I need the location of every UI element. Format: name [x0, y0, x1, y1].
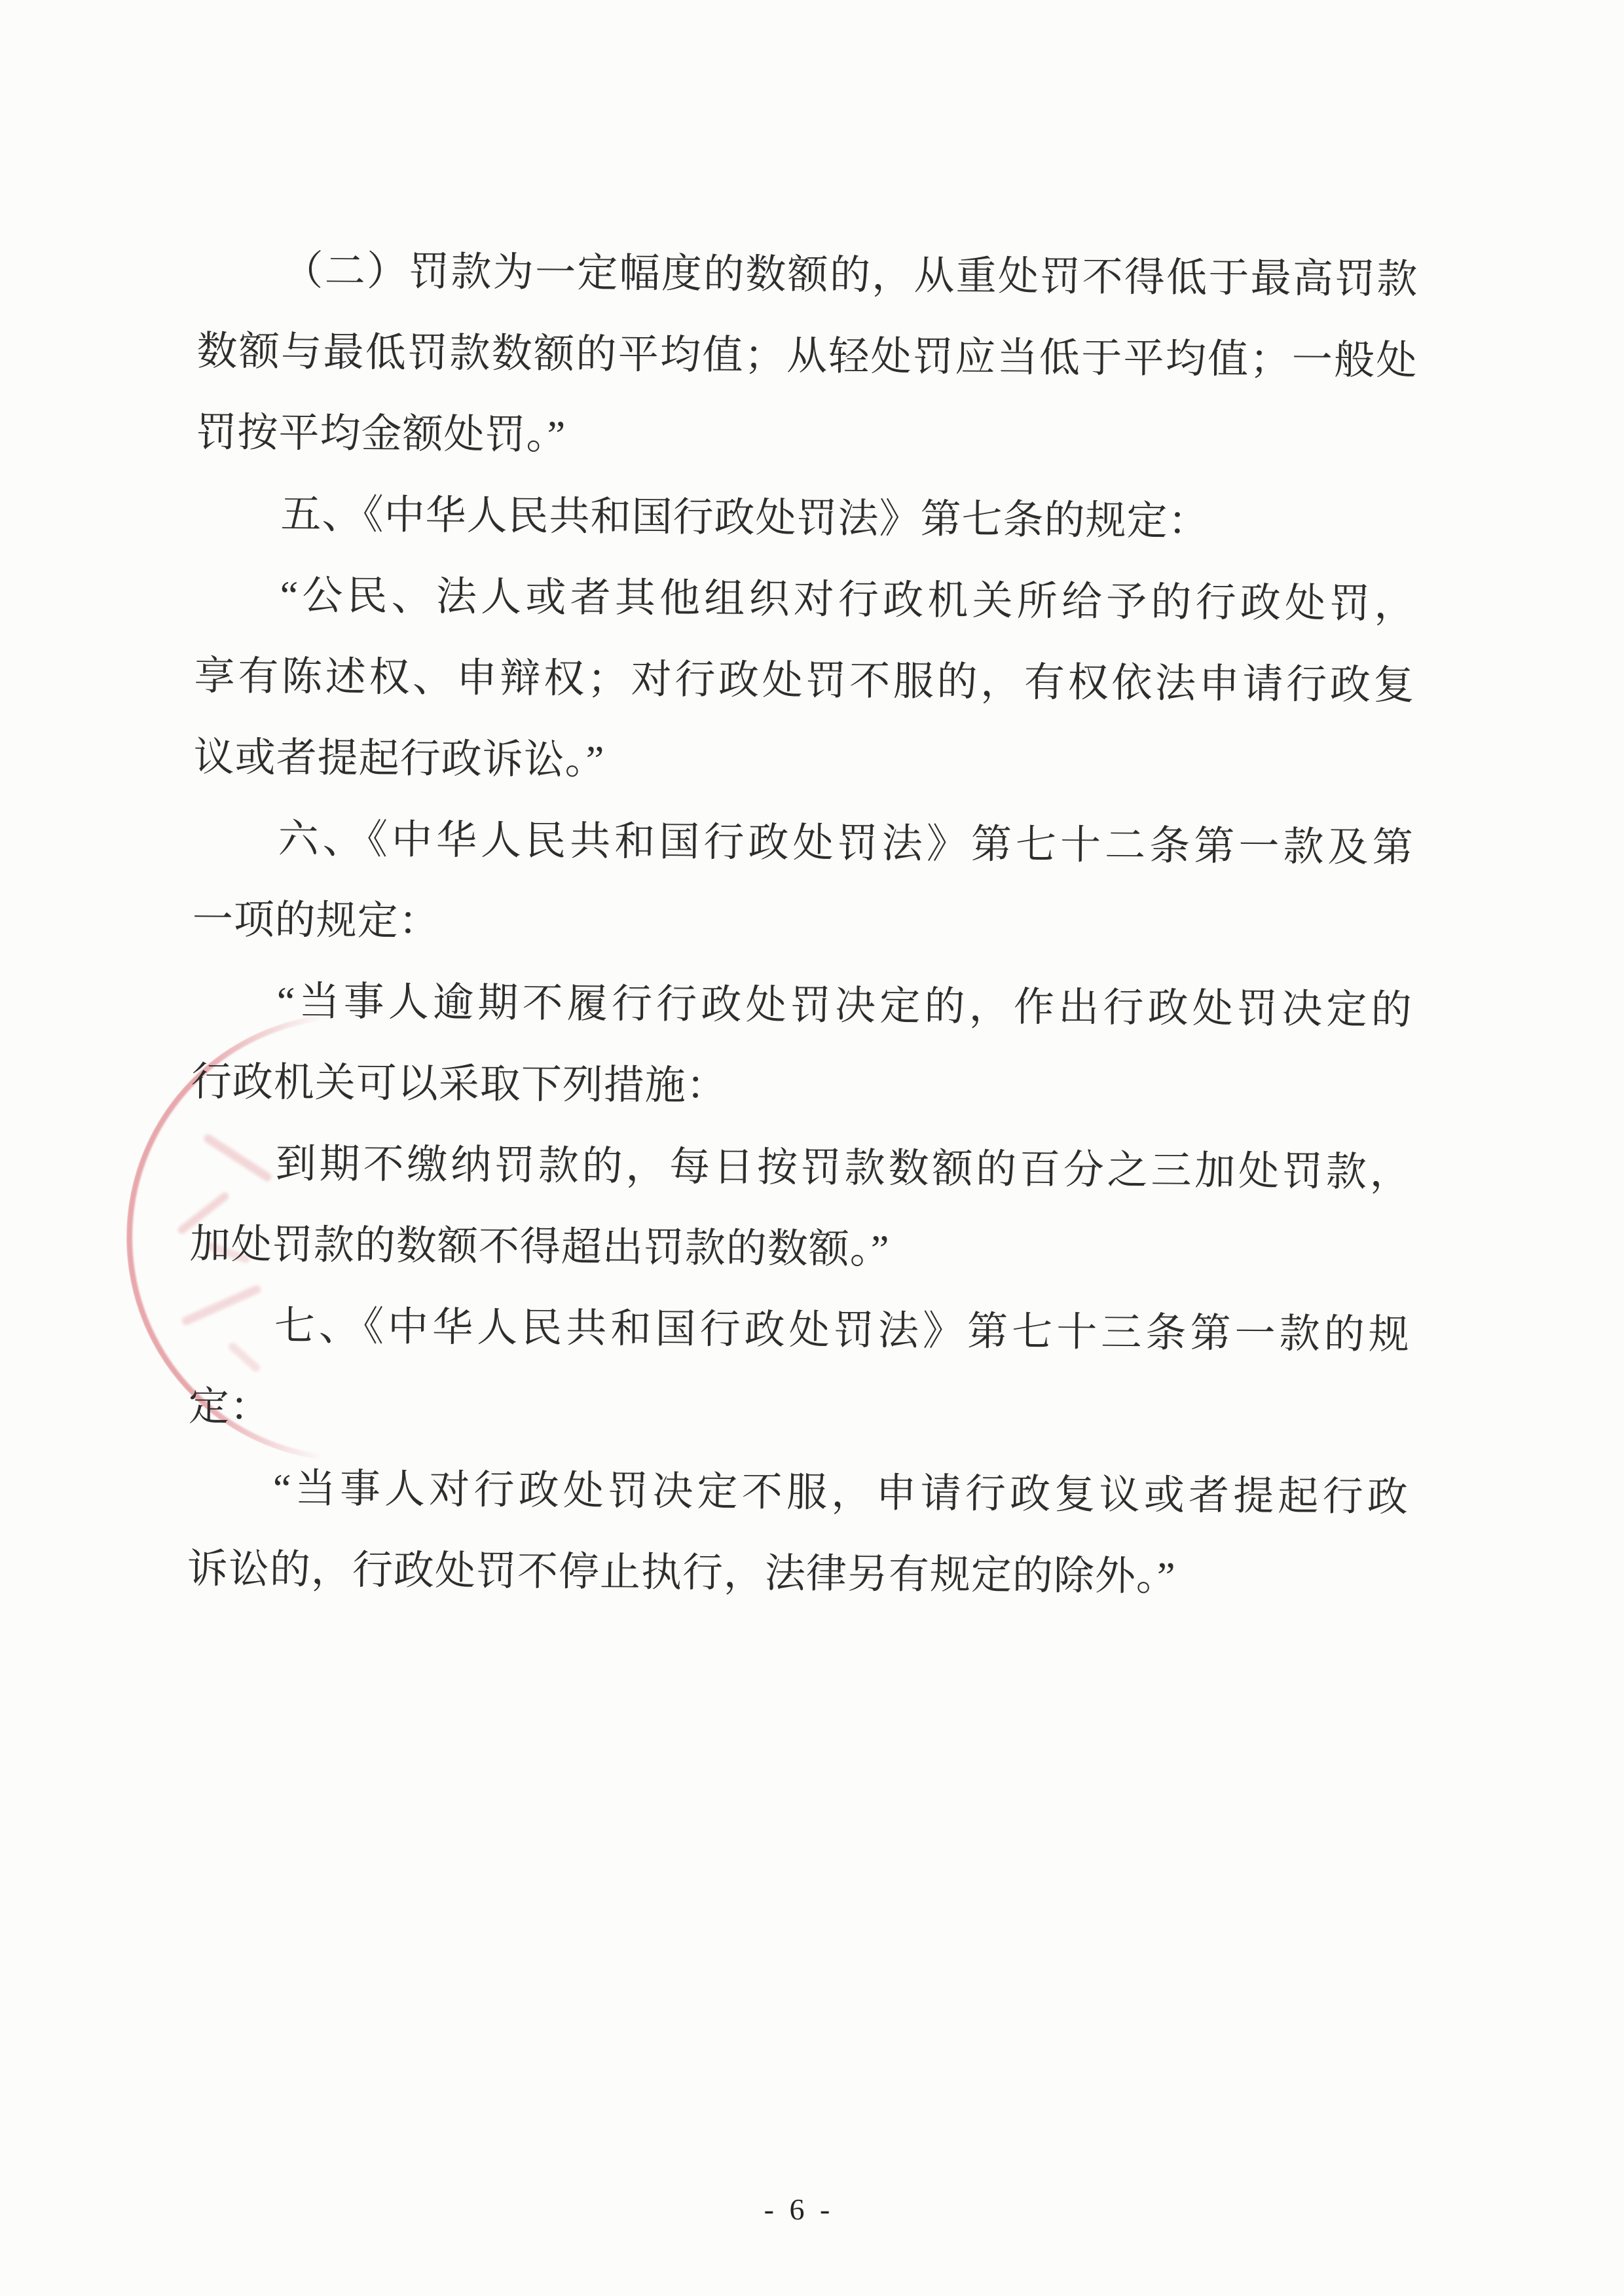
paragraph: 到期不缴纳罚款的，每日按罚款数额的百分之三加处罚款，加处罚款的数额不得超出罚款的… [189, 1123, 1411, 1295]
text-line: “当事人对行政处罚决定不服，申请行政复议或者提起行政 [187, 1448, 1409, 1539]
paragraph: “公民、法人或者其他组织对行政机关所给予的行政处罚，享有陈述权、申辩权；对行政处… [193, 555, 1416, 808]
text-line: “公民、法人或者其他组织对行政机关所给予的行政处罚， [194, 555, 1416, 646]
paragraph: “当事人逾期不履行行政处罚决定的，作出行政处罚决定的行政机关可以采取下列措施： [191, 960, 1412, 1133]
text-line: 诉讼的，行政处罚不停止执行，法律另有规定的除外。” [187, 1529, 1408, 1620]
text-line: （二）罚款为一定幅度的数额的，从重处罚不得低于最高罚款 [197, 230, 1418, 321]
text-line: 行政机关可以采取下列措施： [191, 1042, 1412, 1133]
paragraph: “当事人对行政处罚决定不服，申请行政复议或者提起行政诉讼的，行政处罚不停止执行，… [187, 1448, 1409, 1620]
text-line: 数额与最低罚款数额的平均值；从轻处罚应当低于平均值；一般处 [196, 311, 1418, 402]
document-page: （二）罚款为一定幅度的数额的，从重处罚不得低于最高罚款数额与最低罚款数额的平均值… [0, 0, 1624, 2296]
paragraph: 七、《中华人民共和国行政处罚法》第七十三条第一款的规定： [188, 1285, 1410, 1457]
text-line: 到期不缴纳罚款的，每日按罚款数额的百分之三加处罚款， [190, 1123, 1411, 1214]
text-line: 享有陈述权、申辩权；对行政处罚不服的，有权依法申请行政复 [194, 636, 1415, 727]
text-line: 定： [188, 1366, 1409, 1457]
paragraph: 五、《中华人民共和国行政处罚法》第七条的规定： [195, 473, 1416, 564]
text-line: 加处罚款的数额不得超出罚款的数额。” [189, 1204, 1411, 1295]
text-line: “当事人逾期不履行行政处罚决定的，作出行政处罚决定的 [191, 960, 1412, 1051]
page-number: - 6 - [686, 2190, 912, 2229]
text-line: 罚按平均金额处罚。” [196, 392, 1417, 483]
paragraph: （二）罚款为一定幅度的数额的，从重处罚不得低于最高罚款数额与最低罚款数额的平均值… [196, 230, 1418, 483]
text-line: 七、《中华人民共和国行政处罚法》第七十三条第一款的规 [189, 1285, 1410, 1376]
text-line: 一项的规定： [192, 879, 1413, 970]
document-body: （二）罚款为一定幅度的数额的，从重处罚不得低于最高罚款数额与最低罚款数额的平均值… [187, 230, 1418, 1620]
text-line: 议或者提起行政诉讼。” [193, 717, 1414, 808]
text-line: 六、《中华人民共和国行政处罚法》第七十二条第一款及第 [193, 798, 1414, 889]
paragraph: 六、《中华人民共和国行政处罚法》第七十二条第一款及第一项的规定： [192, 798, 1414, 970]
text-line: 五、《中华人民共和国行政处罚法》第七条的规定： [195, 473, 1416, 564]
